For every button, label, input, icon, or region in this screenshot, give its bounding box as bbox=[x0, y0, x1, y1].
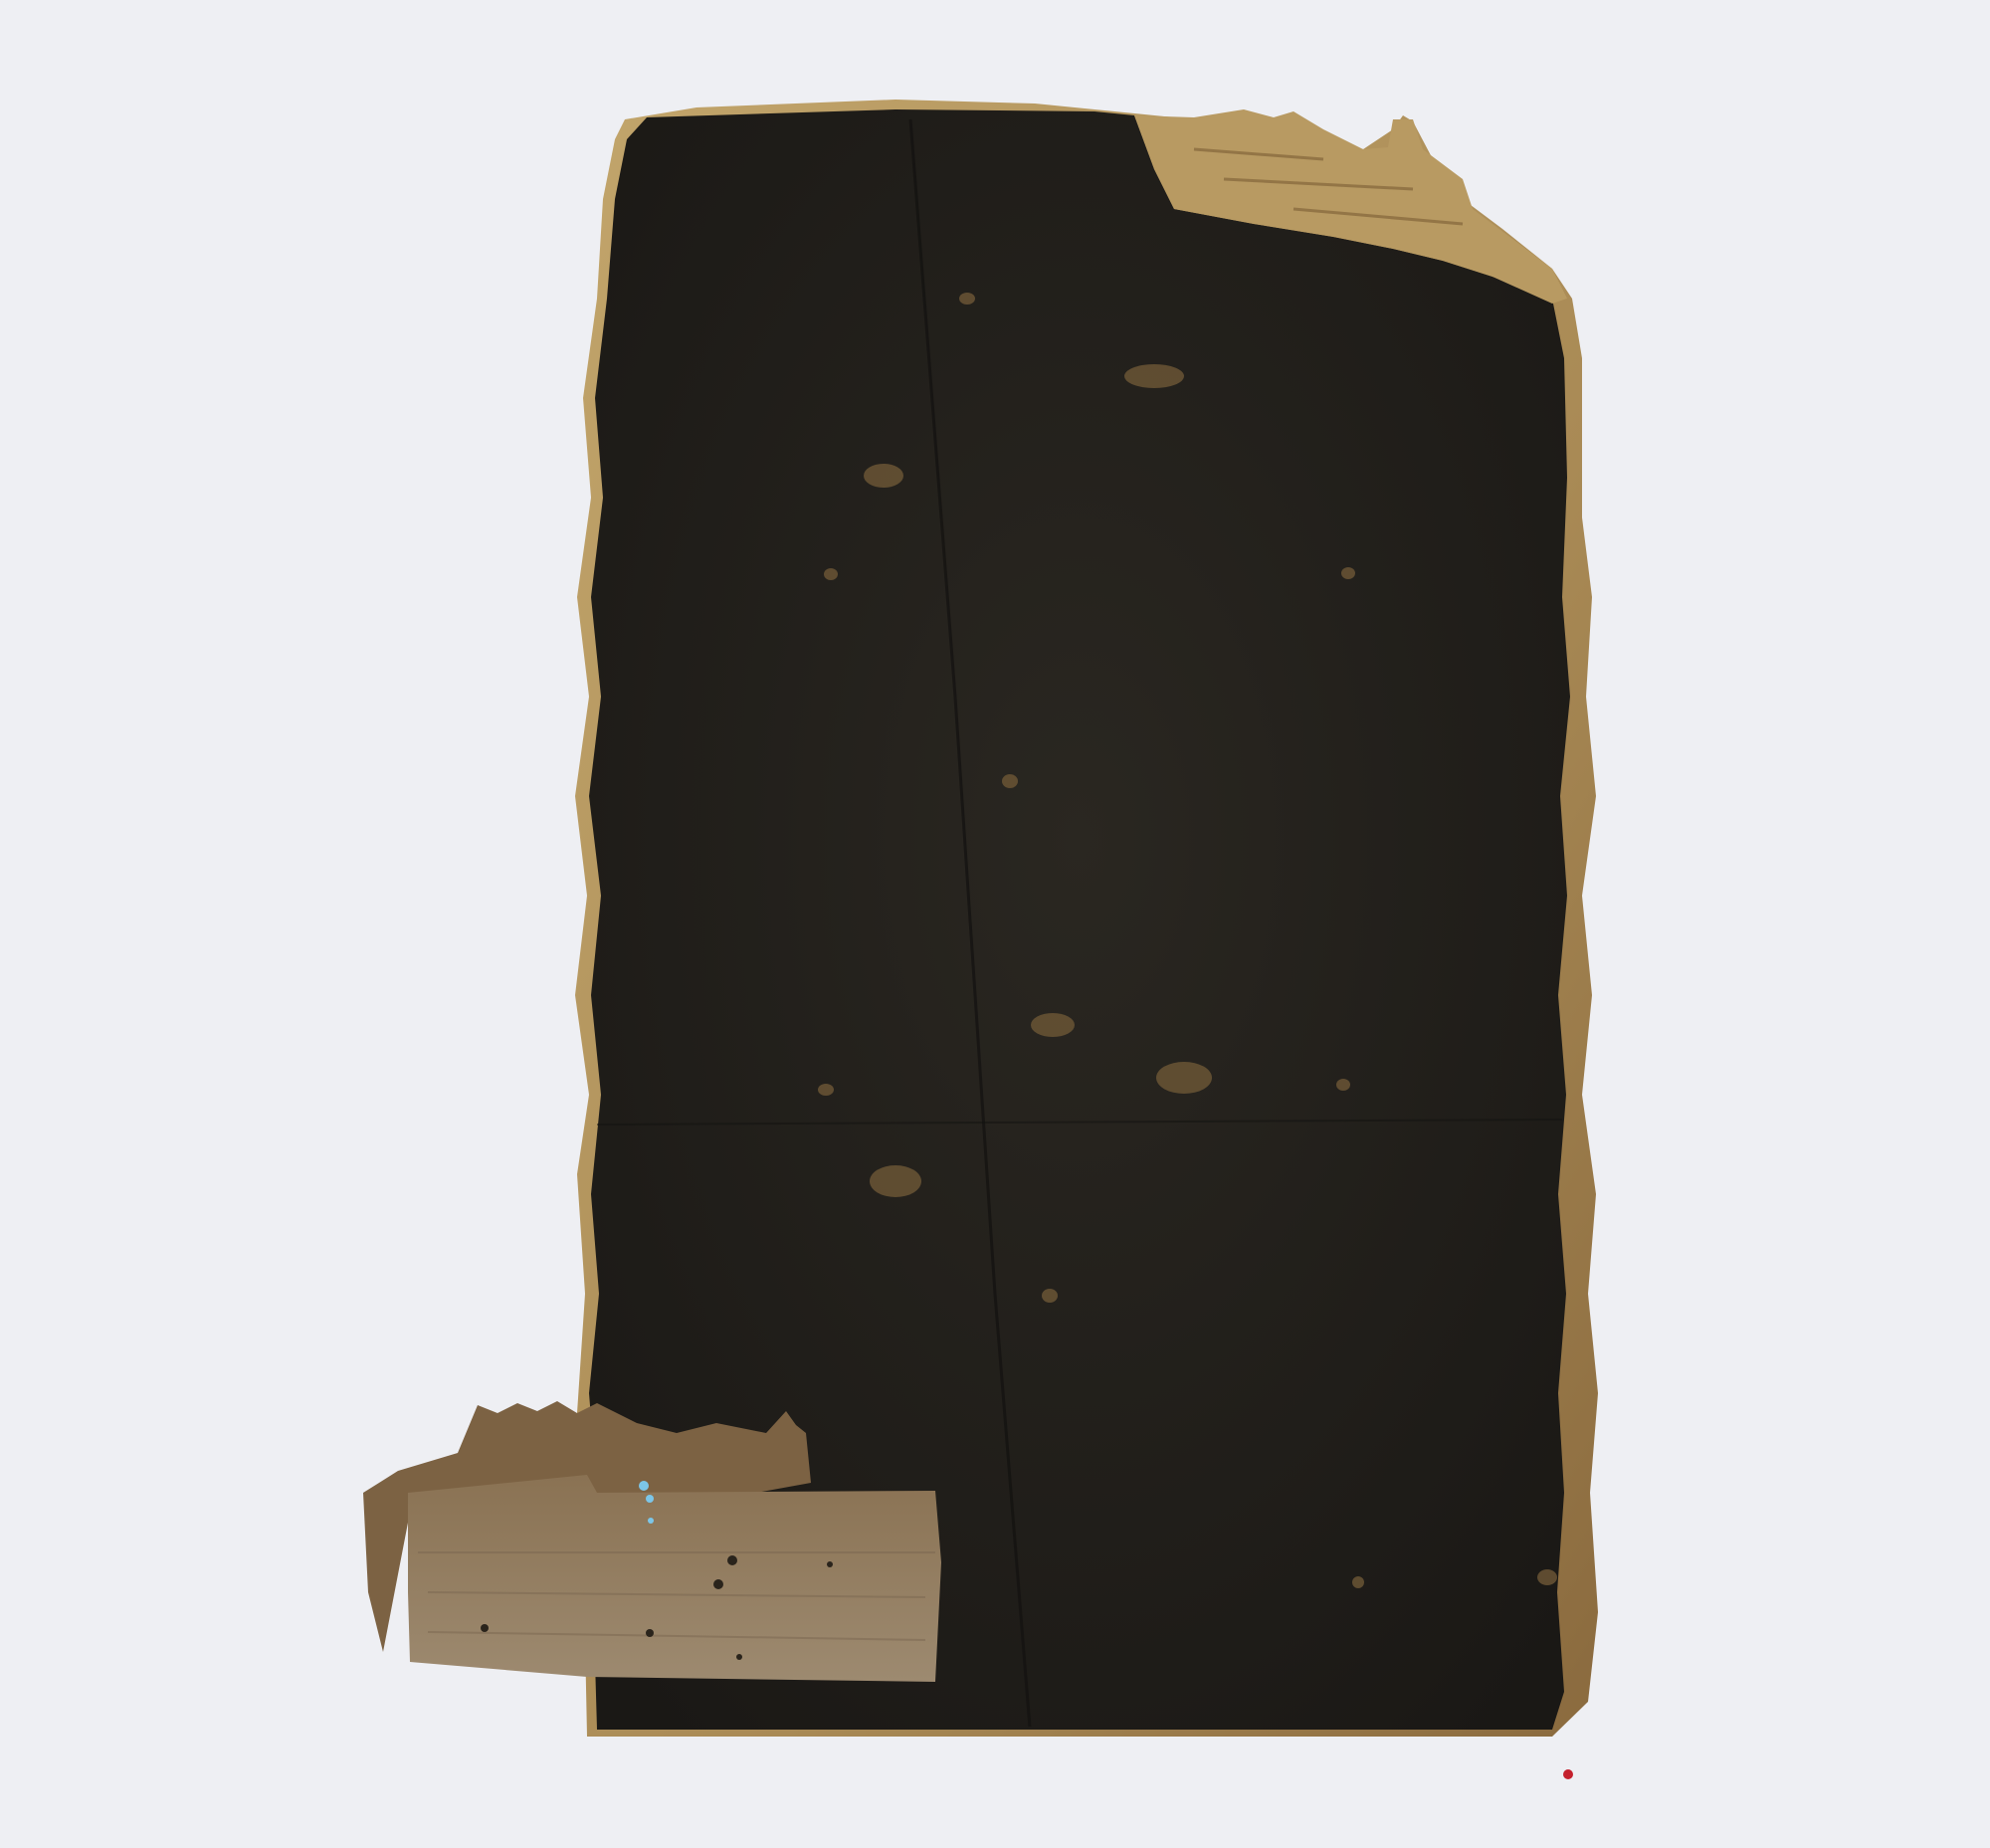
red-dot-sticker bbox=[1563, 1769, 1573, 1779]
photo-scene: Photograph of a weathered, dark-stained … bbox=[0, 0, 1990, 1848]
artwork-illustration bbox=[0, 0, 1990, 1848]
